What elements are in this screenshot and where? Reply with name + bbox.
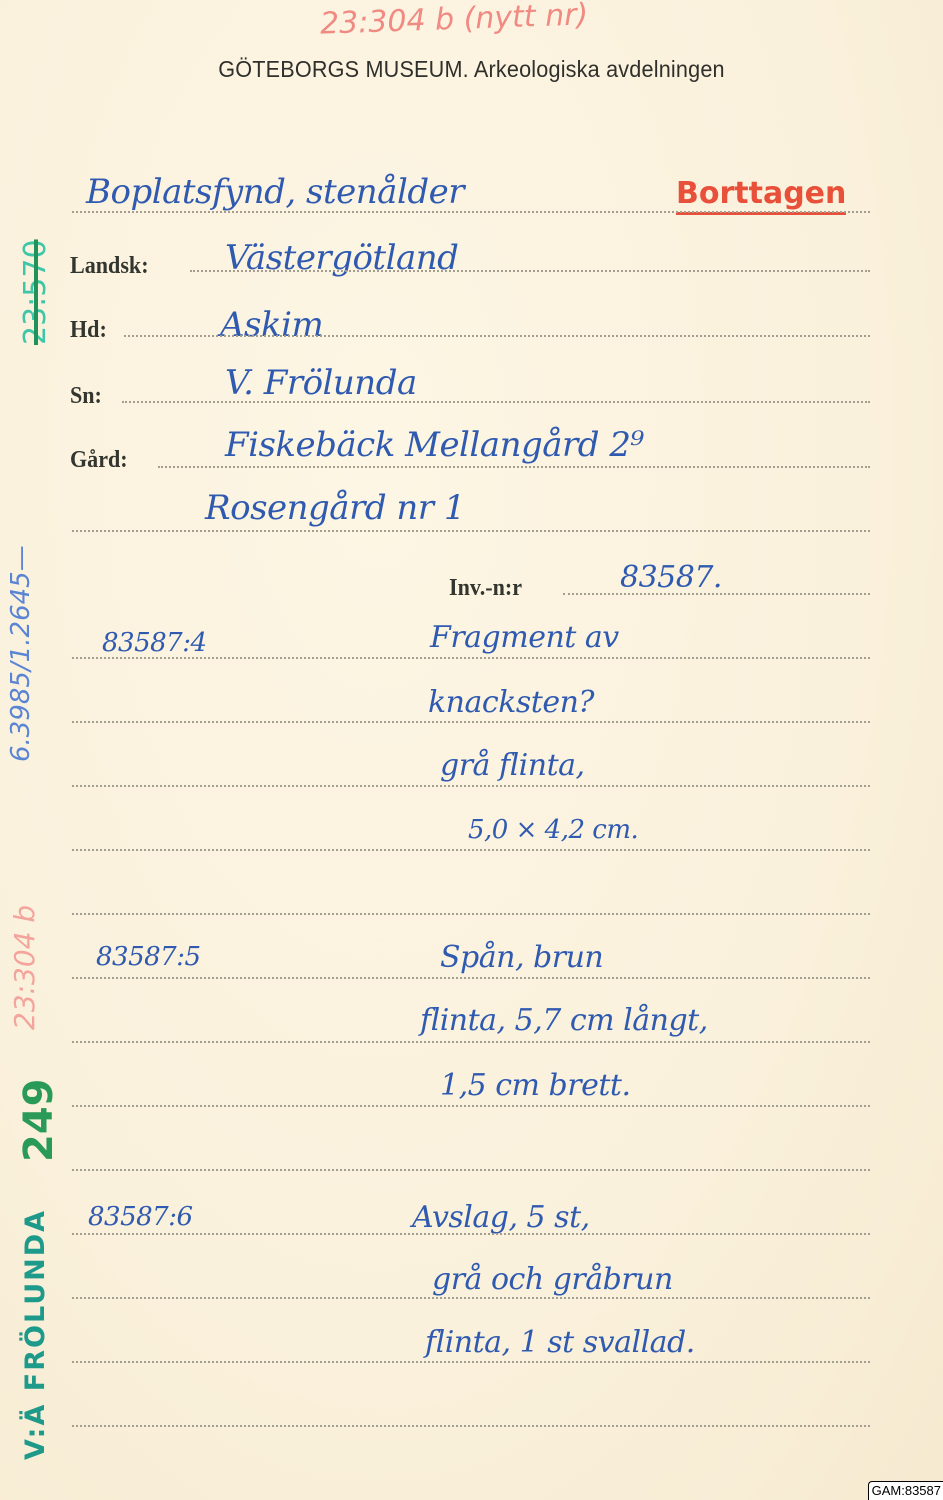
field-label-sn: Sn: xyxy=(70,383,102,410)
margin-green-crossed-number: 23:570 xyxy=(18,239,53,345)
margin-pink-number: 23:304 b xyxy=(8,905,41,1030)
dotted-line xyxy=(122,401,870,403)
catalog-id-label: GAM:83587 xyxy=(868,1481,943,1500)
dotted-line xyxy=(72,1425,870,1427)
dotted-line xyxy=(72,849,870,851)
item-description-line: grå flinta, xyxy=(440,748,585,783)
field-label-landsk: Landsk: xyxy=(70,253,149,280)
margin-blue-coordinates: 6.3985/1.2645— xyxy=(6,545,36,762)
item-description-line: grå och gråbrun xyxy=(432,1262,673,1297)
dotted-line xyxy=(72,1297,870,1299)
status-stamp-text: Borttagen xyxy=(676,176,846,215)
dotted-line xyxy=(72,1169,870,1171)
inventory-value: 83587. xyxy=(620,560,722,595)
dotted-line xyxy=(72,1105,870,1107)
dotted-line xyxy=(72,657,870,659)
field-label-hd: Hd: xyxy=(70,317,107,344)
field-label-gard: Gård: xyxy=(70,447,128,474)
dotted-line xyxy=(72,977,870,979)
field-value-sn: V. Frölunda xyxy=(225,363,417,403)
top-annotation: 23:304 b (nytt nr) xyxy=(319,0,588,42)
item-description-line: flinta, 1 st svallad. xyxy=(425,1325,695,1360)
item-number: 83587:5 xyxy=(96,942,201,972)
item-description-line: knacksten? xyxy=(428,685,594,720)
dotted-line xyxy=(72,1041,870,1043)
item-description-line: Avslag, 5 st, xyxy=(412,1200,590,1235)
dotted-line xyxy=(72,1361,870,1363)
item-number: 83587:4 xyxy=(102,628,207,658)
dotted-line xyxy=(124,335,870,337)
field-value-hd: Askim xyxy=(220,305,323,345)
card-header: GÖTEBORGS MUSEUM. Arkeologiska avdelning… xyxy=(28,56,914,83)
inventory-label: Inv.-n:r xyxy=(449,575,522,602)
item-description-line: Fragment av xyxy=(430,620,619,655)
item-description-line: 5,0 × 4,2 cm. xyxy=(468,815,638,845)
title-handwritten: Boplatsfynd, stenålder xyxy=(86,172,464,212)
dotted-line xyxy=(72,530,870,532)
dotted-line xyxy=(72,1233,870,1235)
place-stamp: V:Ä FRÖLUNDA xyxy=(20,1209,51,1460)
item-number: 83587:6 xyxy=(88,1202,193,1232)
item-description-line: flinta, 5,7 cm långt, xyxy=(420,1003,708,1038)
margin-green-number: 249 xyxy=(16,1079,62,1163)
dotted-line xyxy=(72,913,870,915)
dotted-line xyxy=(72,211,870,213)
item-description-line: Spån, brun xyxy=(440,940,603,975)
dotted-line xyxy=(72,785,870,787)
field-value-landsk: Västergötland xyxy=(225,238,458,278)
field-value-gard: Fiskebäck Mellangård 2⁹ xyxy=(225,425,644,465)
dotted-line xyxy=(563,593,870,595)
field-value-gard-continuation: Rosengård nr 1 xyxy=(205,488,465,528)
status-stamp: Borttagen xyxy=(676,176,846,211)
item-description-line: 1,5 cm brett. xyxy=(440,1068,630,1103)
dotted-line xyxy=(190,270,870,272)
dotted-line xyxy=(72,721,870,723)
dotted-line xyxy=(158,466,870,468)
